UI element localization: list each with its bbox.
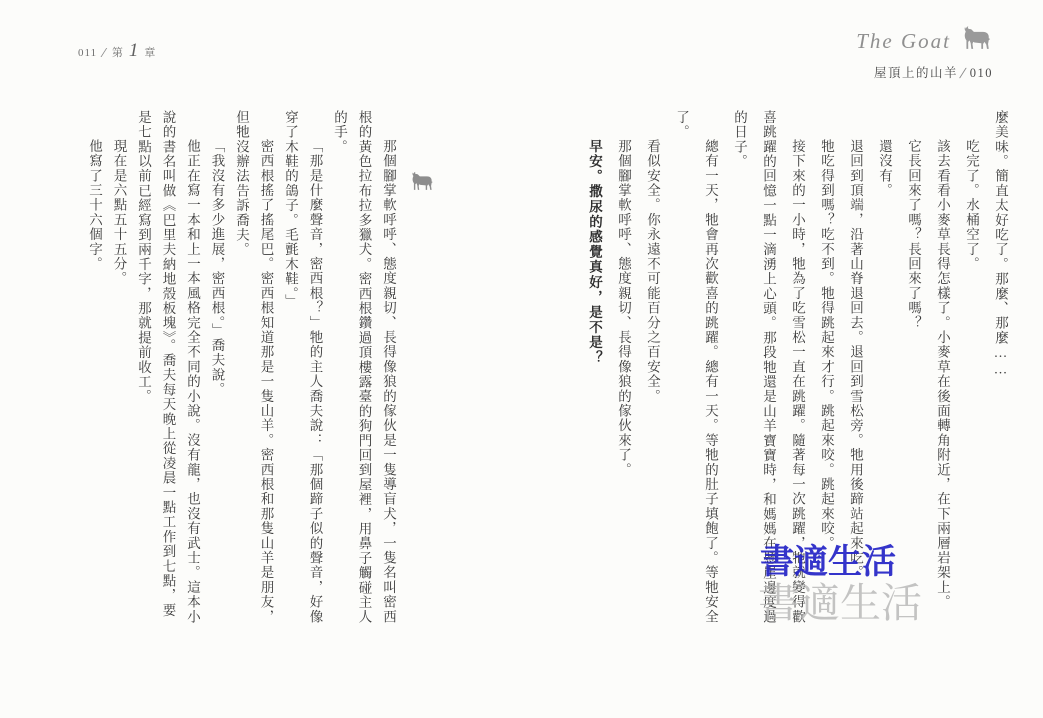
page-011-text: 那個腳掌軟呼呼、態度親切、長得像狼的傢伙是一隻導盲犬，一隻名叫密西根的黃色拉布拉… [78, 110, 400, 658]
chapter-suffix: 章 [144, 44, 156, 60]
text-column: 根的黃色拉布拉多獵犬。密西根鑽過頂樓露臺的狗門回到屋裡，用鼻子觸碰主人 [351, 110, 376, 658]
chapter-prefix: 第 [112, 44, 124, 60]
text-column: 的日子。 [725, 110, 754, 658]
book-title-zh-row: 屋頂上的山羊/010 [856, 63, 993, 81]
text-column: 但牠沒辦法告訴喬夫。 [229, 110, 254, 658]
chapter-number: 1 [129, 40, 140, 62]
book-title-en: The Goat [856, 29, 951, 54]
text-column: 退回到頂端，沿著山脊退回去。退回到雪松旁。牠用後蹄站起來吃。 [841, 110, 870, 658]
goat-logo-icon [959, 22, 993, 61]
book-title-zh: 屋頂上的山羊 [874, 66, 958, 80]
page-010-text: 麼美味。簡直太好吃了。那麼、那麼……吃完了。水桶空了。該去看看小麥草長得怎樣了。… [575, 110, 1015, 658]
text-column: 穿了木鞋的鴿子。毛氈木鞋。」 [278, 110, 303, 658]
header-left-page: 011 / 第 1 章 [78, 40, 156, 62]
text-column: 牠吃得到嗎？吃不到。牠得跳起來才行。跳起來咬。跳起來咬。 [812, 110, 841, 658]
text-column: 看似安全。你永遠不可能百分之百安全。 [638, 110, 667, 658]
text-column: 該去看看小麥草長得怎樣了。小麥草在後面轉角附近，在下兩層岩架上。 [928, 110, 957, 658]
text-column: 早安。撒尿的感覺真好，是不是？ [580, 110, 609, 658]
text-column: 說的書名叫做《巴里夫納地殼板塊》。喬夫每天晚上從凌晨一點工作到七點，要 [155, 110, 180, 658]
text-column: 「我沒有多少進展，密西根。」喬夫說。 [204, 110, 229, 658]
text-column: 他寫了三十六個字。 [82, 110, 107, 658]
header-right-page: The Goat 屋頂上的山羊/010 [856, 22, 993, 81]
text-column: 那個腳掌軟呼呼、態度親切、長得像狼的傢伙是一隻導盲犬，一隻名叫密西 [376, 110, 401, 658]
text-column: 的手。 [327, 110, 352, 658]
text-column: 還沒有。 [870, 110, 899, 658]
text-column: 總有一天，牠會再次歡喜的跳躍。總有一天。等牠的肚子填飽了。等牠安全 [696, 110, 725, 658]
text-column: 麼美味。簡直太好吃了。那麼、那麼…… [986, 110, 1015, 658]
left-page-number: 011 [78, 47, 97, 59]
text-column: 喜跳躍的回憶一點一滴湧上心頭。那段牠還是山羊寶寶時，和媽媽在懸崖邊度過 [754, 110, 783, 658]
text-column: 吃完了。水桶空了。 [957, 110, 986, 658]
goat-silhouette-icon [408, 166, 435, 203]
book-spread: 011 / 第 1 章 The Goat 屋頂上的山羊/010 麼美味。簡直太好… [0, 0, 1043, 718]
header-slash: / [97, 46, 112, 59]
right-page-number: 010 [970, 66, 993, 80]
text-column: 是七點以前已經寫到兩千字，那就提前收工。 [131, 110, 156, 658]
book-title-row: The Goat [856, 22, 993, 61]
text-column: 他正在寫一本和上一本風格完全不同的小說。沒有龍，也沒有武士。這本小 [180, 110, 205, 658]
text-column: 了。 [667, 110, 696, 658]
text-column: 那個腳掌軟呼呼、態度親切、長得像狼的傢伙來了。 [609, 110, 638, 658]
text-column: 密西根搖了搖尾巴。密西根知道那是一隻山羊。密西根和那隻山羊是朋友， [253, 110, 278, 658]
text-column: 現在是六點五十五分。 [106, 110, 131, 658]
text-column: 「那是什麼聲音，密西根？」牠的主人喬夫說：「那個蹄子似的聲音，好像 [302, 110, 327, 658]
text-column: 接下來的一小時，牠為了吃雪松一直在跳躍。隨著每一次跳躍，牠就變得歡 [783, 110, 812, 658]
text-column: 它長回來了嗎？長回來了嗎？ [899, 110, 928, 658]
